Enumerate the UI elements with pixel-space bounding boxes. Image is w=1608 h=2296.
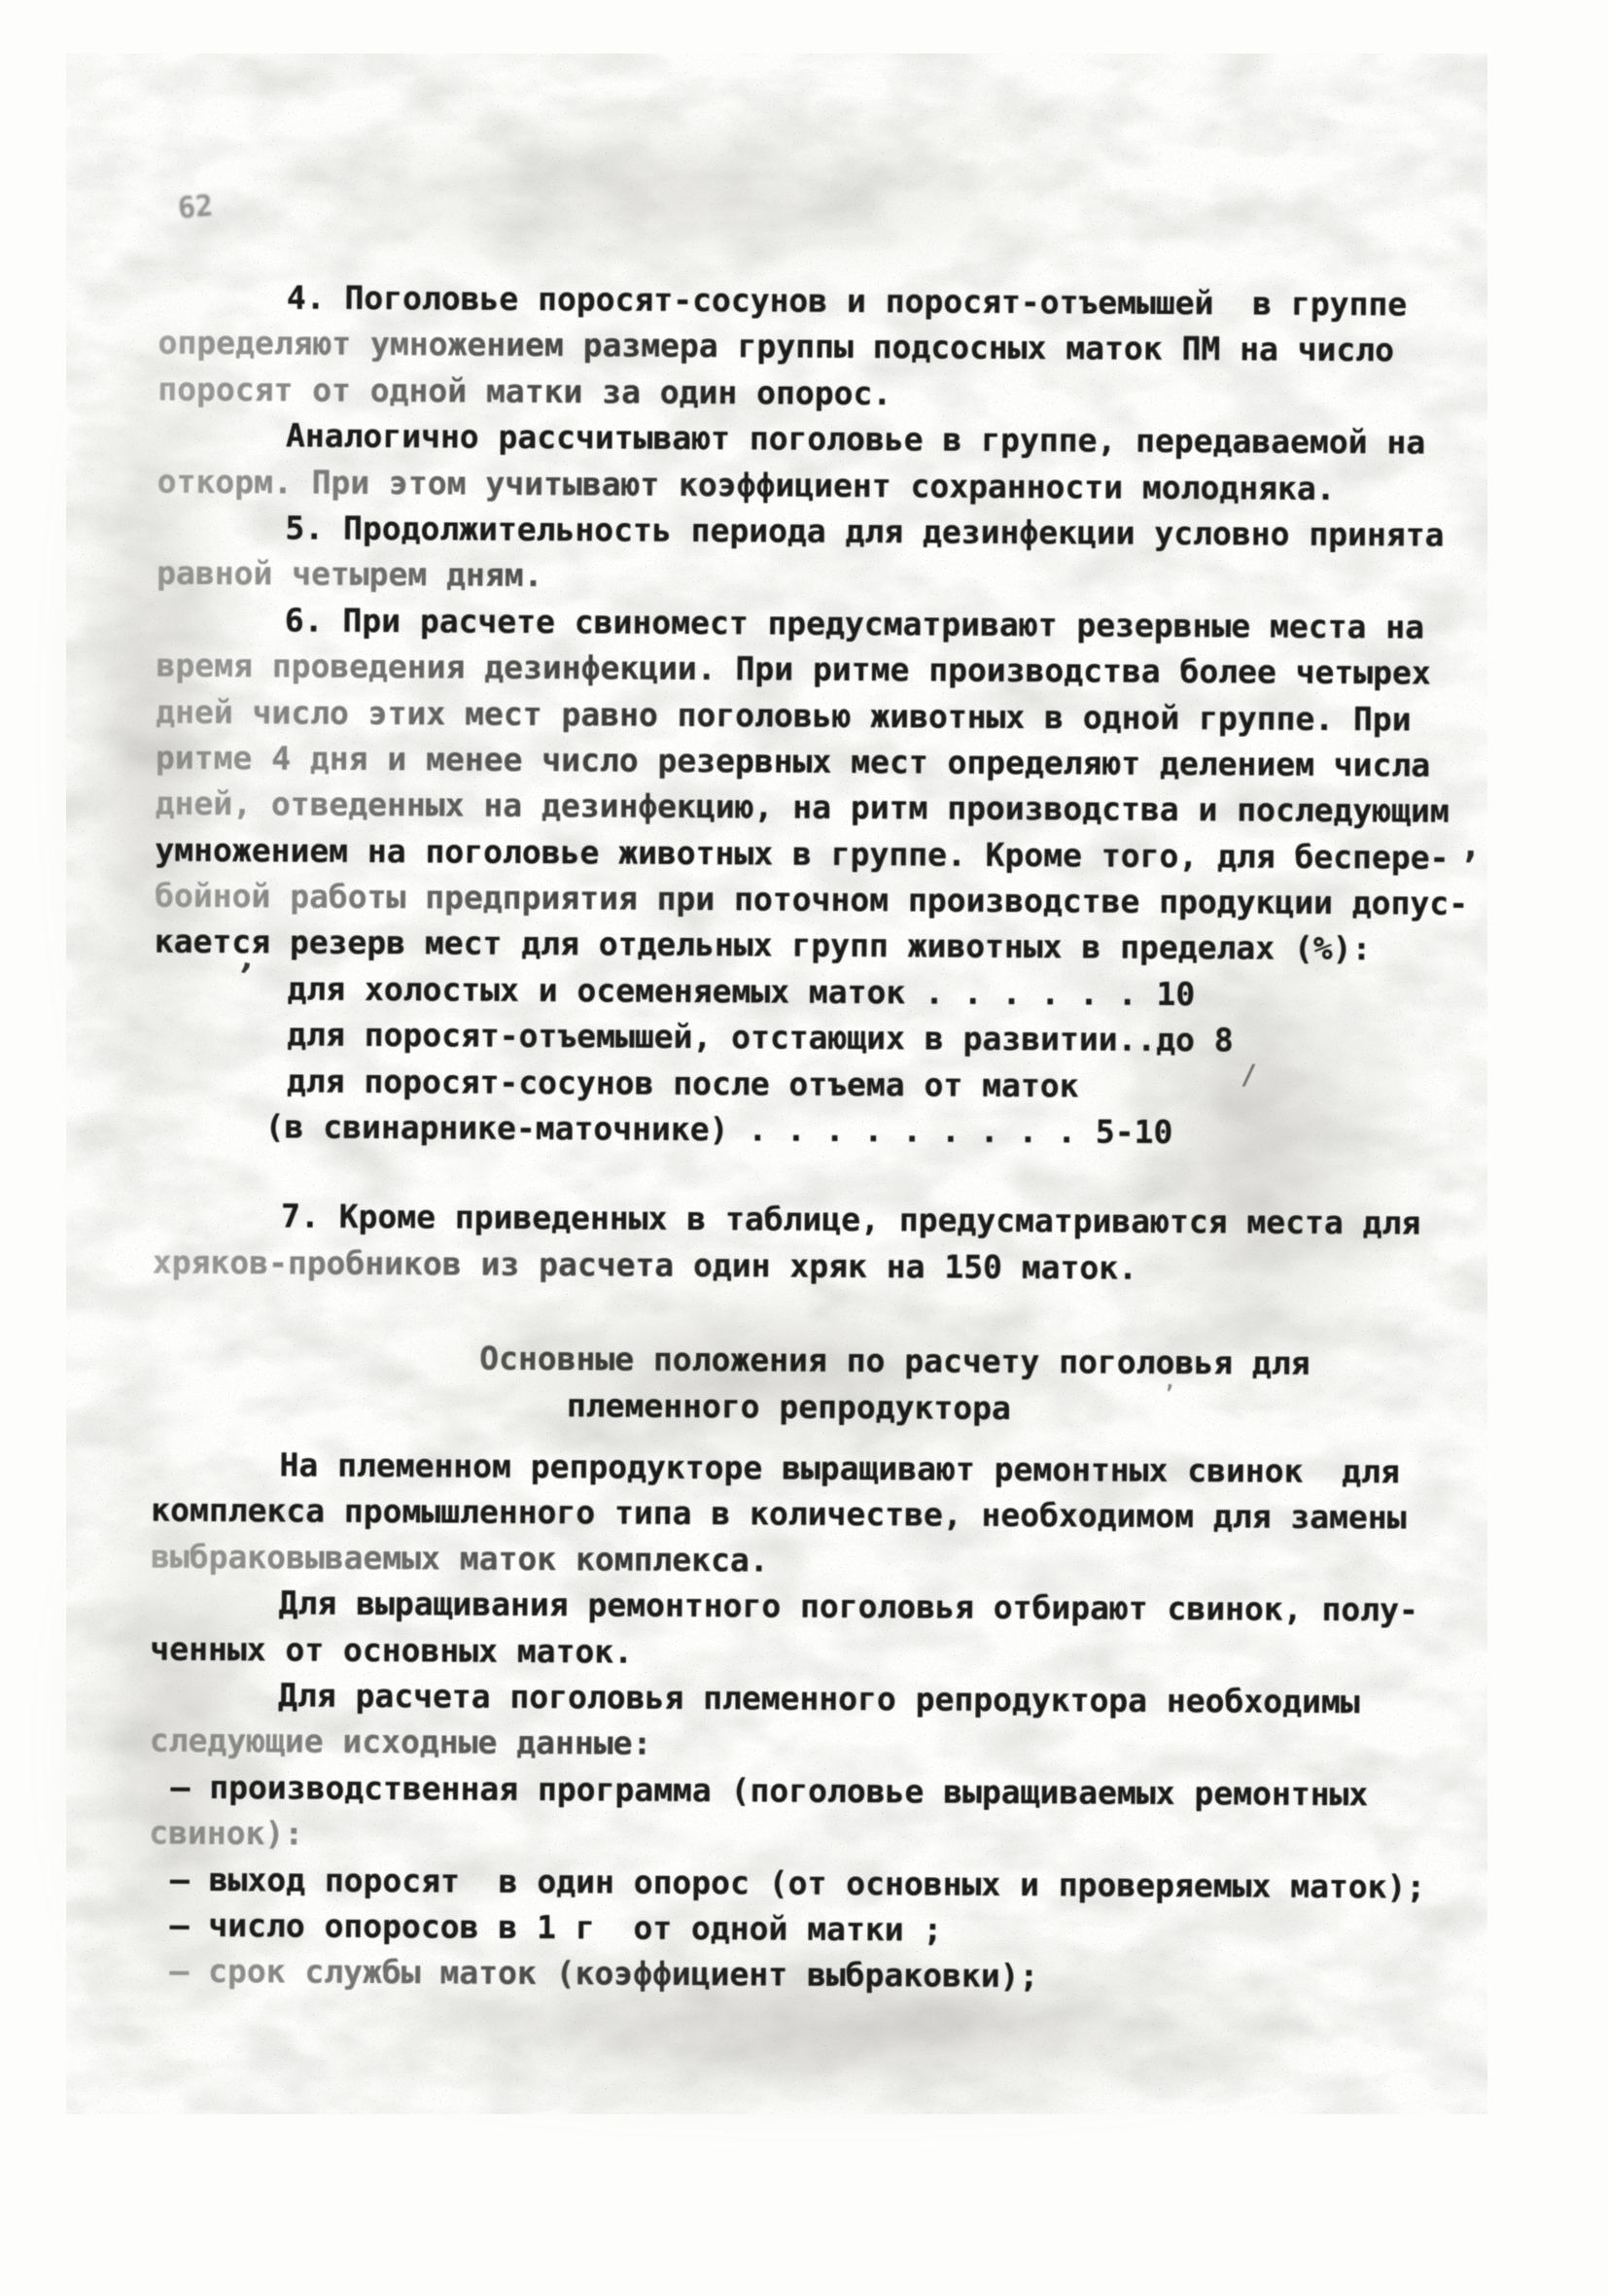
text-line: 6. При расчете свиномест предусматривают…	[157, 596, 1488, 650]
scan-blotch	[243, 117, 1118, 272]
text-line: Основные положения по расчету поголовья …	[152, 1334, 1484, 1388]
text-line: комплекса промышленного типа в количеств…	[151, 1487, 1483, 1542]
text-line: хряков-пробников из расчета один хряк на…	[153, 1238, 1485, 1293]
text-line: племенного репродуктора	[152, 1379, 1484, 1434]
text-line	[152, 1285, 1484, 1341]
text-line: Для выращивания ремонтного поголовья отб…	[151, 1580, 1483, 1634]
text-line: Для расчета поголовья племенного репроду…	[150, 1672, 1482, 1726]
text-line: 5. Продолжительность периода для дезинфе…	[157, 504, 1488, 559]
text-line: поросят от одной матки за один опорос.	[157, 365, 1489, 420]
text-line: кается резерв мест для отдельных групп ж…	[155, 919, 1486, 973]
text-line: выбраковываемых маток комплекса.	[151, 1533, 1483, 1587]
text-line: – выход поросят в один опорос (от основн…	[149, 1856, 1481, 1910]
text-line: равной четырем дням.	[157, 550, 1488, 605]
text-line: 4. Поголовье поросят-сосунов и поросят-о…	[158, 274, 1490, 329]
text-line: откорм. При этом учитывают коэффициент с…	[157, 458, 1489, 512]
text-line: Аналогично рассчитывают поголовье в груп…	[157, 412, 1489, 467]
text-line: ченных от основных маток.	[150, 1625, 1482, 1680]
text-line: дней, отведенных на дезинфекцию, на ритм…	[156, 781, 1487, 835]
text-line: – срок службы маток (коэффициент выбрако…	[148, 1948, 1480, 2002]
text-line: время проведения дезинфекции. При ритме …	[156, 643, 1487, 697]
text-line: определяют умножением размера группы под…	[157, 320, 1489, 374]
scanned-document-page: 62 4. Поголовье поросят-сосунов и порося…	[0, 0, 1608, 2296]
text-line: свинок):	[149, 1810, 1481, 1864]
text-line: – число опоросов в 1 г от одной матки ;	[148, 1901, 1480, 1956]
text-line: следующие исходные данные:	[150, 1718, 1482, 1772]
text-line: для поросят-сосунов после отъема от мато…	[154, 1057, 1486, 1111]
text-line: ритме 4 дня и менее число резервных мест…	[156, 735, 1487, 789]
text-line: 7. Кроме приведенных в таблице, предусма…	[153, 1193, 1485, 1247]
text-line: (в свинарнике-маточнике) . . . . . . . .…	[154, 1103, 1486, 1158]
text-line: – производственная программа (поголовье …	[149, 1763, 1481, 1818]
text-line: дней число этих мест равно поголовью жив…	[156, 688, 1487, 743]
text-block: 4. Поголовье поросят-сосунов и поросят-о…	[148, 274, 1490, 2002]
text-line: умножением на поголовье животных в групп…	[155, 826, 1486, 881]
text-line: для холостых и осеменяемых маток . . . .…	[154, 964, 1486, 1019]
text-line: На племенном репродукторе выращивают рем…	[151, 1442, 1483, 1496]
page-number: 62	[177, 189, 215, 226]
text-line: бойной работы предприятия при поточном п…	[155, 873, 1486, 927]
text-line: для поросят-отъемышей, отстающих в разви…	[154, 1011, 1486, 1065]
